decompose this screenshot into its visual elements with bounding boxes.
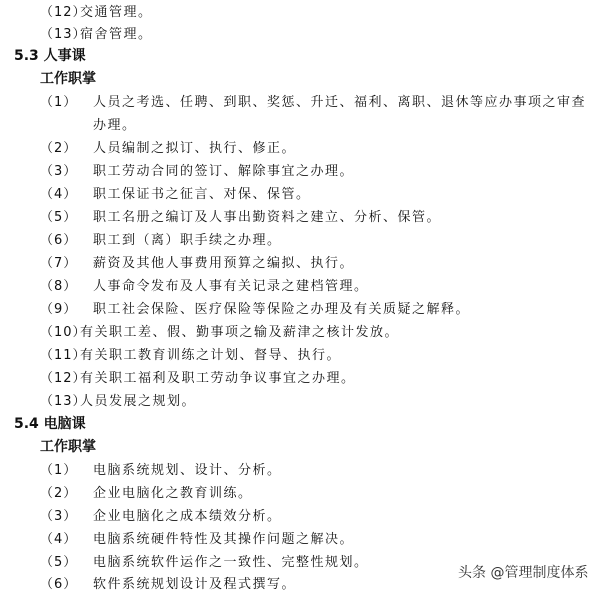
item-text: 有关职工教育训练之计划、督导、执行。 <box>80 344 341 367</box>
item-number: （4） <box>40 528 77 551</box>
item-text: 企业电脑化之教育训练。 <box>93 482 253 505</box>
item-text: 人员编制之拟订、执行、修正。 <box>93 137 296 160</box>
item-number: （1） <box>40 459 77 482</box>
item-text: 职工到（离）职手续之办理。 <box>93 229 282 252</box>
section-title: 5.4 电脑课 <box>14 413 86 436</box>
item-number: （2） <box>40 137 77 160</box>
item-text: 职工保证书之征言、对保、保管。 <box>93 183 311 206</box>
item-text: 职工劳动合同的签订、解除事宜之办理。 <box>93 160 354 183</box>
item-text: 电脑系统规划、设计、分析。 <box>93 459 282 482</box>
item-text-continuation: 办理。 <box>93 114 137 137</box>
item-text: 企业电脑化之成本绩效分析。 <box>93 505 282 528</box>
item-text: 宿舍管理。 <box>80 23 153 46</box>
item-number: （6） <box>40 573 77 595</box>
item-text: 有关职工差、假、勤事项之输及薪津之核计发放。 <box>80 321 399 344</box>
watermark: 头条 @管理制度体系 <box>458 562 588 582</box>
item-number: （4） <box>40 183 77 206</box>
item-number: （8） <box>40 275 77 298</box>
item-text: 有关职工福利及职工劳动争议事宜之办理。 <box>80 367 356 390</box>
subsection-title: 工作职掌 <box>40 68 96 91</box>
item-text: 人员之考选、任聘、到职、奖惩、升迁、福利、离职、退休等应办事项之审查 <box>93 91 586 114</box>
item-text: 电脑系统软件运作之一致性、完整性规划。 <box>93 551 369 574</box>
item-number: （6） <box>40 229 77 252</box>
subsection-title: 工作职掌 <box>40 436 96 459</box>
item-number: （7） <box>40 252 77 275</box>
section-title: 5.3 人事课 <box>14 45 86 68</box>
item-text: 职工社会保险、医疗保险等保险之办理及有关质疑之解释。 <box>93 298 470 321</box>
item-text: 电脑系统硬件特性及其操作问题之解决。 <box>93 528 354 551</box>
item-number: （3） <box>40 160 77 183</box>
item-number: （9） <box>40 298 77 321</box>
item-text: 人事命令发布及人事有关记录之建档管理。 <box>93 275 369 298</box>
item-text: 薪资及其他人事费用预算之编拟、执行。 <box>93 252 354 275</box>
item-number: （5） <box>40 551 77 574</box>
item-text: 软件系统规划设计及程式撰写。 <box>93 573 296 595</box>
item-number: （1） <box>40 91 77 114</box>
item-text: 人员发展之规划。 <box>80 390 196 413</box>
item-text: 职工名册之编订及人事出勤资料之建立、分析、保管。 <box>93 206 441 229</box>
item-number: （5） <box>40 206 77 229</box>
item-text: 交通管理。 <box>80 1 153 24</box>
item-number: （3） <box>40 505 77 528</box>
item-number: （2） <box>40 482 77 505</box>
